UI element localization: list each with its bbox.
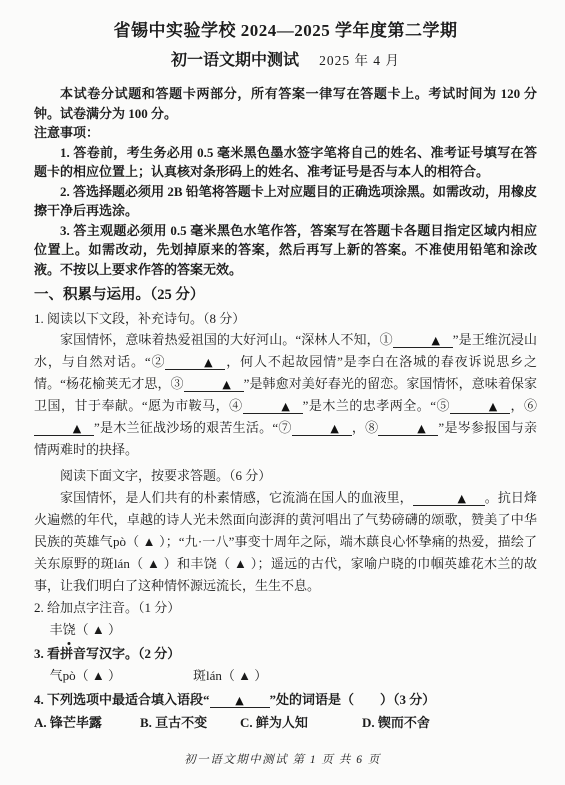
answer-blank-word: ▲	[413, 492, 485, 506]
section-heading: 一、积累与运用。（25 分）	[34, 285, 537, 306]
blank-triangle-icon: ▲	[417, 422, 425, 435]
passage-text: ”是木兰征战沙场的艰苦生活。“⑦	[94, 420, 292, 435]
answer-blank-3: ▲	[184, 378, 244, 392]
question-1-stem: 1. 阅读以下文段，补充诗句。（8 分）	[34, 308, 537, 329]
word-part: 丰	[50, 622, 63, 637]
option-d: D. 锲而不舍	[362, 712, 430, 734]
exam-title: 初一语文期中测试	[171, 52, 299, 69]
stem-text: 4. 下列选项中最适合填入语段“	[34, 692, 210, 707]
intro-paragraph: 本试卷分试题和答题卡两部分，所有答案一律写在答题卡上。考试时间为 120 分钟。…	[34, 84, 537, 123]
question-3-stem: 3. 看拼音写汉字。（2 分）	[34, 643, 537, 664]
option-b: B. 亘古不变	[140, 712, 240, 734]
exam-paper-page: 省锡中实验学校 2024—2025 学年度第二学期 初一语文期中测试2025 年…	[0, 0, 565, 785]
exam-subtitle-row: 初一语文期中测试2025 年 4 月	[34, 47, 537, 70]
exam-date: 2025 年 4 月	[319, 53, 400, 68]
pinyin-item-1: 气pò（ ▲ ）	[50, 668, 121, 683]
passage-text: ”是木兰的忠孝两全。“⑤	[303, 398, 450, 413]
option-c: C. 鲜为人知	[240, 712, 362, 734]
blank-triangle-icon: ▲	[489, 400, 497, 413]
passage-text: 家国情怀，意味着热爱祖国的大好河山。“深林人不知，①	[60, 332, 393, 347]
page-footer: 初一语文期中测试 第 1 页 共 6 页	[0, 751, 565, 767]
passage-text: ，⑧	[352, 420, 379, 435]
note-item-2: 2. 答选择题必须用 2B 铅笔将答题卡上对应题目的正确选项涂黑。如需改动，用橡…	[34, 182, 537, 221]
blank-triangle-icon: ▲	[235, 694, 243, 707]
reading-passage: 家国情怀，是人们共有的朴素情感，它流淌在国人的血液里，▲。抗日烽火遍燃的年代，卓…	[34, 487, 537, 597]
blank-triangle-icon: ▲	[330, 422, 338, 435]
blank-triangle-icon: ▲	[73, 422, 81, 435]
blank-triangle-icon: ▲	[281, 400, 289, 413]
question-3-answer-line: 气pò（ ▲ ）斑lán（ ▲ ）	[34, 665, 537, 687]
question-1-passage: 家国情怀，意味着热爱祖国的大好河山。“深林人不知，①▲”是王维沉浸山水，与自然对…	[34, 329, 537, 461]
answer-blank-6: ▲	[34, 422, 94, 436]
answer-blank-5: ▲	[450, 400, 510, 414]
question-4-stem: 4. 下列选项中最适合填入语段“▲”处的词语是（ ）（3 分）	[34, 689, 537, 710]
passage-text: 家国情怀，是人们共有的朴素情感，它流淌在国人的血液里，	[60, 490, 413, 505]
blank-triangle-icon: ▲	[457, 492, 465, 505]
blank-triangle-icon: ▲	[222, 378, 230, 391]
pinyin-item-2: 斑lán（ ▲ ）	[193, 668, 267, 683]
notes-heading: 注意事项：	[34, 123, 537, 143]
stem-text: ”处的词语是（ ）（3 分）	[270, 692, 436, 707]
pinyin-paren: （ ▲ ）	[76, 622, 121, 637]
passage-text: ，⑥	[510, 398, 537, 413]
answer-blank-q4: ▲	[210, 694, 270, 708]
question-2-answer-line: 丰饶（ ▲ ）	[34, 619, 537, 641]
note-item-1: 1. 答卷前，考生务必用 0.5 毫米黑色墨水签字笔将自己的姓名、准考证号填写在…	[34, 143, 537, 182]
answer-blank-7: ▲	[292, 422, 352, 436]
answer-blank-4: ▲	[243, 400, 303, 414]
answer-blank-8: ▲	[378, 422, 438, 436]
answer-blank-1: ▲	[393, 334, 453, 348]
question-4-options: A. 锋芒毕露B. 亘古不变C. 鲜为人知D. 锲而不舍	[34, 712, 537, 734]
reading-task-stem: 阅读下面文字，按要求答题。（6 分）	[34, 465, 537, 487]
blank-triangle-icon: ▲	[432, 334, 440, 347]
answer-blank-2: ▲	[165, 356, 225, 370]
blank-triangle-icon: ▲	[204, 356, 212, 369]
page-title: 省锡中实验学校 2024—2025 学年度第二学期	[34, 16, 537, 41]
question-2-stem: 2. 给加点字注音。（1 分）	[34, 597, 537, 618]
option-a: A. 锋芒毕露	[34, 712, 140, 734]
emphasized-character: 饶	[63, 619, 76, 641]
note-item-3: 3. 答主观题必须用 0.5 毫米黑色水笔作答，答案写在答题卡各题目指定区域内相…	[34, 221, 537, 280]
